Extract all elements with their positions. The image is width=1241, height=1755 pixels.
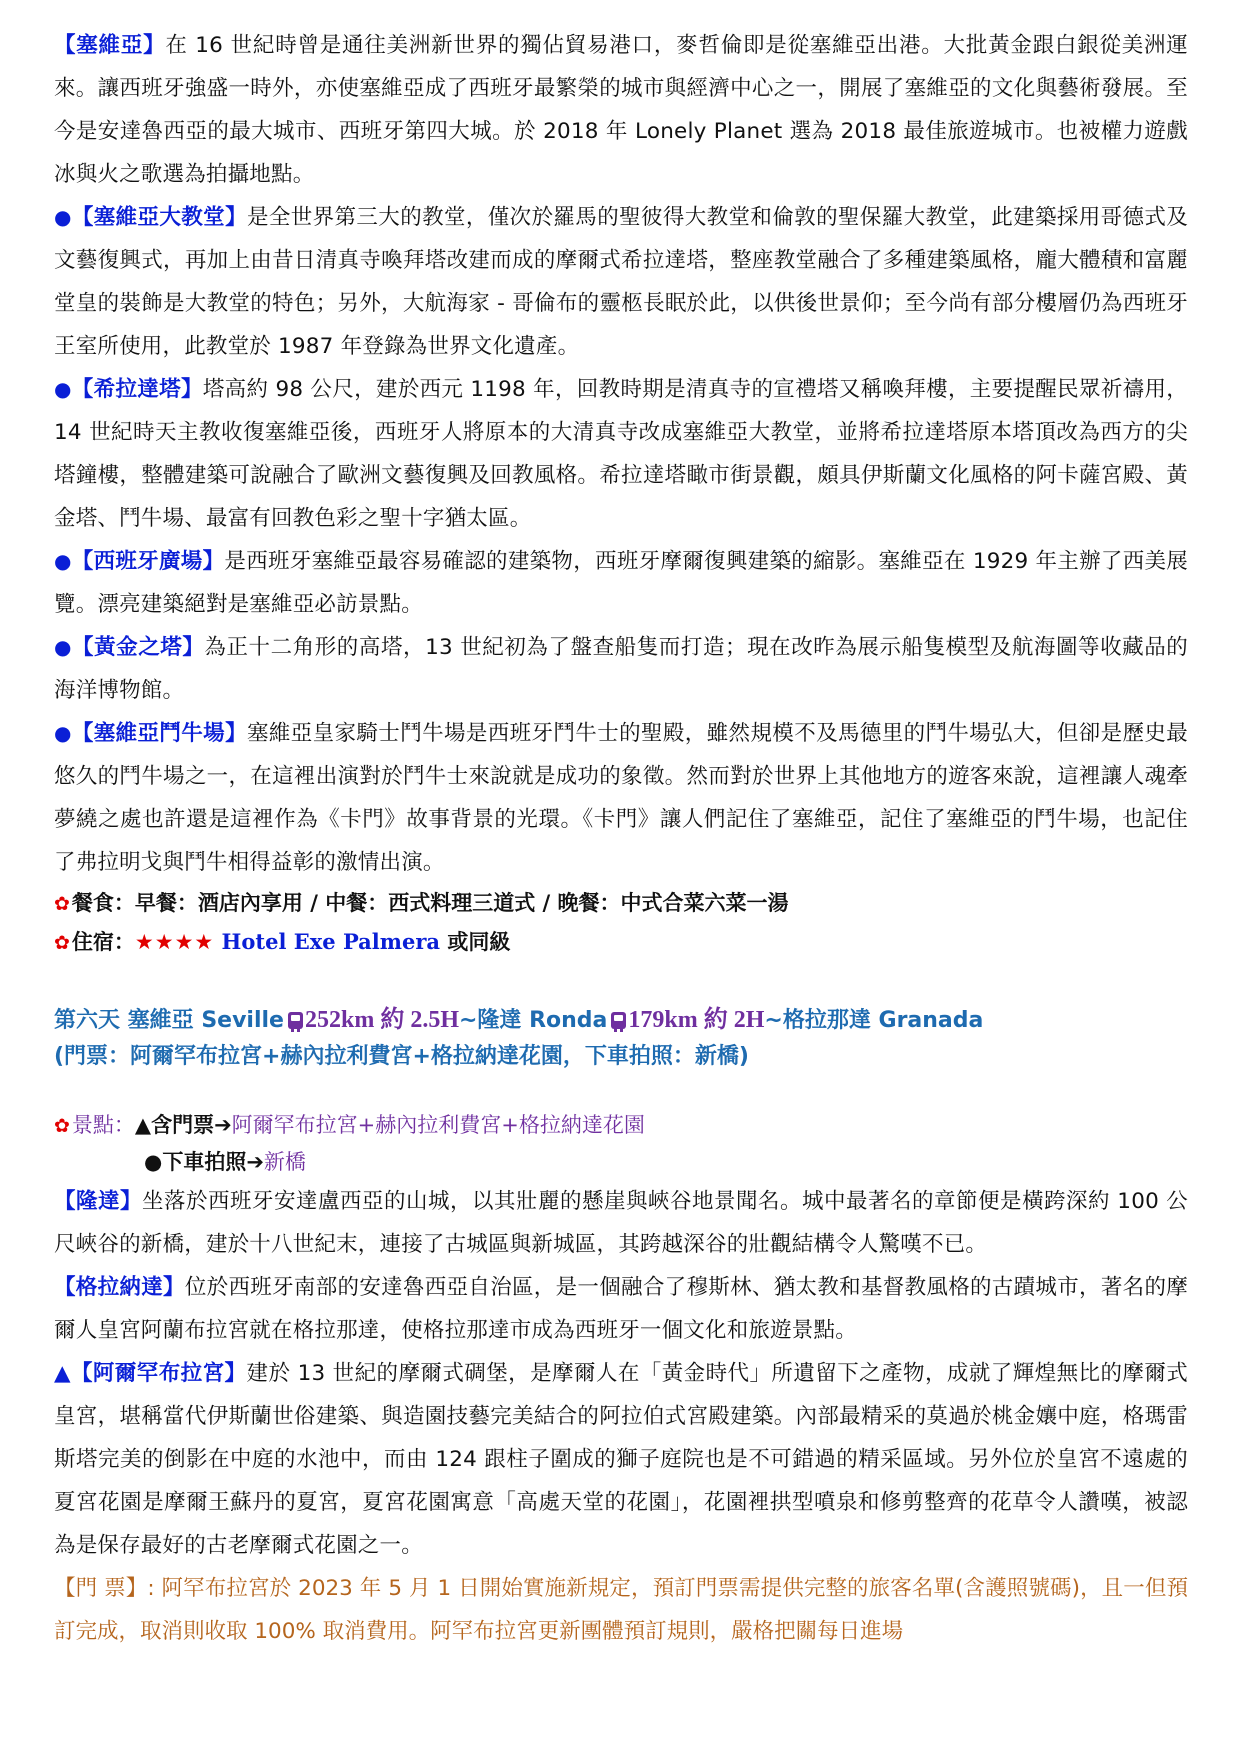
lodging-line: ✿住宿：★★★★ Hotel Exe Palmera 或同級 bbox=[54, 923, 1188, 962]
bullet-icon: ● bbox=[54, 205, 72, 229]
sight-body: 塔高約 98 公尺，建於西元 1198 年，回教時期是清真寺的宣禮塔又稱喚拜樓，… bbox=[54, 377, 1188, 531]
ticket-label: 【門 票】 bbox=[54, 1576, 147, 1601]
included-prefix: ▲含門票➔ bbox=[135, 1113, 232, 1137]
sight-bullring: ●【塞維亞鬥牛場】塞維亞皇家騎士鬥牛場是西班牙鬥牛士的聖殿，雖然規模不及馬德里的… bbox=[54, 712, 1188, 884]
sight-title: 【希拉達塔】 bbox=[72, 377, 203, 402]
lodging-label: 住宿： bbox=[72, 930, 135, 954]
sight-giralda: ●【希拉達塔】塔高約 98 公尺，建於西元 1198 年，回教時期是清真寺的宣禮… bbox=[54, 368, 1188, 540]
sight-torre-del-oro: ●【黃金之塔】為正十二角形的高塔，13 世紀初為了盤查船隻而打造；現在改昨為展示… bbox=[54, 626, 1188, 712]
sight-cathedral: ●【塞維亞大教堂】是全世界第三大的教堂，僅次於羅馬的聖彼得大教堂和倫敦的聖保羅大… bbox=[54, 196, 1188, 368]
leg2-distance: 179km 約 2H bbox=[628, 1007, 764, 1033]
day6-heading: 第六天 塞維亞 Seville252km 約 2.5H~隆達 Ronda179k… bbox=[54, 1002, 1188, 1039]
flower-icon: ✿ bbox=[54, 1115, 70, 1137]
flower-icon: ✿ bbox=[54, 932, 70, 954]
photo-sight: 新橋 bbox=[264, 1150, 306, 1174]
bus-icon bbox=[611, 1012, 626, 1029]
seville-intro: 【塞維亞】在 16 世紀時曾是通往美洲新世界的獨佔貿易港口，麥哲倫即是從塞維亞出… bbox=[54, 24, 1188, 196]
lodging-suffix: 或同級 bbox=[447, 930, 510, 954]
photo-prefix: ●下車拍照➔ bbox=[144, 1150, 264, 1174]
sight-title: 【隆達】 bbox=[54, 1189, 142, 1214]
section-body: 在 16 世紀時曾是通往美洲新世界的獨佔貿易港口，麥哲倫即是從塞維亞出港。大批黃… bbox=[54, 33, 1188, 187]
itinerary-page: 【塞維亞】在 16 世紀時曾是通往美洲新世界的獨佔貿易港口，麥哲倫即是從塞維亞出… bbox=[54, 24, 1188, 1653]
ticket-body: : 阿罕布拉宮於 2023 年 5 月 1 日開始實施新規定，預訂門票需提供完整… bbox=[54, 1576, 1188, 1644]
sightseeing-label: 景點： bbox=[72, 1113, 135, 1137]
bullet-icon: ● bbox=[54, 549, 72, 573]
sight-body: 是西班牙塞維亞最容易確認的建築物，西班牙摩爾復興建築的縮影。塞維亞在 1929 … bbox=[54, 549, 1188, 617]
sight-body: 位於西班牙南部的安達魯西亞自治區，是一個融合了穆斯林、猶太教和基督教風格的古蹟城… bbox=[54, 1275, 1188, 1343]
sight-title: 【黃金之塔】 bbox=[72, 635, 204, 660]
sight-plaza-de-espana: ●【西班牙廣場】是西班牙塞維亞最容易確認的建築物，西班牙摩爾復興建築的縮影。塞維… bbox=[54, 540, 1188, 626]
flower-icon: ✿ bbox=[54, 893, 70, 915]
sight-ronda: 【隆達】坐落於西班牙安達盧西亞的山城，以其壯麗的懸崖與峽谷地景聞名。城中最著名的… bbox=[54, 1180, 1188, 1266]
leg1-distance: 252km 約 2.5H bbox=[305, 1007, 459, 1033]
hotel-name: Hotel Exe Palmera bbox=[214, 929, 447, 954]
sight-body: 為正十二角形的高塔，13 世紀初為了盤查船隻而打造；現在改昨為展示船隻模型及航海… bbox=[54, 635, 1188, 703]
section-title: 【塞維亞】 bbox=[54, 33, 165, 58]
bullet-icon: ● bbox=[54, 721, 72, 745]
meals-text: 餐食：早餐：酒店內享用 / 中餐：西式料理三道式 / 晚餐：中式合菜六菜一湯 bbox=[72, 891, 789, 915]
ticket-note: 【門 票】: 阿罕布拉宮於 2023 年 5 月 1 日開始實施新規定，預訂門票… bbox=[54, 1567, 1188, 1653]
sight-granada: 【格拉納達】位於西班牙南部的安達魯西亞自治區，是一個融合了穆斯林、猶太教和基督教… bbox=[54, 1266, 1188, 1352]
sight-title: 【西班牙廣場】 bbox=[72, 549, 225, 574]
sight-title: 【格拉納達】 bbox=[54, 1275, 185, 1300]
meals-line: ✿餐食：早餐：酒店內享用 / 中餐：西式料理三道式 / 晚餐：中式合菜六菜一湯 bbox=[54, 884, 1188, 923]
bullet-icon: ● bbox=[54, 635, 72, 659]
star-rating-icon: ★★★★ bbox=[135, 930, 214, 954]
day6-heading-part1: 第六天 塞維亞 Seville bbox=[54, 1008, 284, 1033]
triangle-icon: ▲ bbox=[54, 1361, 71, 1386]
day6-subheading: (門票：阿爾罕布拉宮+赫內拉利費宮+格拉納達花園，下車拍照：新橋) bbox=[54, 1039, 1188, 1075]
sightseeing-line: ✿景點：▲含門票➔阿爾罕布拉宮+赫內拉利費宮+格拉納達花園 bbox=[54, 1107, 1188, 1144]
photo-stop-line: ●下車拍照➔新橋 bbox=[54, 1144, 1188, 1180]
bullet-icon: ● bbox=[54, 377, 72, 401]
day6-heading-part3: ~格拉那達 Granada bbox=[764, 1008, 983, 1033]
sight-title: 【塞維亞鬥牛場】 bbox=[72, 721, 247, 746]
included-sights: 阿爾罕布拉宮+赫內拉利費宮+格拉納達花園 bbox=[232, 1113, 645, 1137]
sight-body: 坐落於西班牙安達盧西亞的山城，以其壯麗的懸崖與峽谷地景聞名。城中最著名的章節便是… bbox=[54, 1189, 1188, 1257]
sight-body: 建於 13 世紀的摩爾式碉堡，是摩爾人在「黃金時代」所遺留下之產物，成就了輝煌無… bbox=[54, 1361, 1188, 1558]
bus-icon bbox=[288, 1012, 303, 1029]
sight-alhambra: ▲【阿爾罕布拉宮】建於 13 世紀的摩爾式碉堡，是摩爾人在「黃金時代」所遺留下之… bbox=[54, 1352, 1188, 1567]
sight-title: 【阿爾罕布拉宮】 bbox=[71, 1361, 247, 1386]
sight-title: 【塞維亞大教堂】 bbox=[72, 205, 247, 230]
day6-heading-part2: ~隆達 Ronda bbox=[459, 1008, 607, 1033]
